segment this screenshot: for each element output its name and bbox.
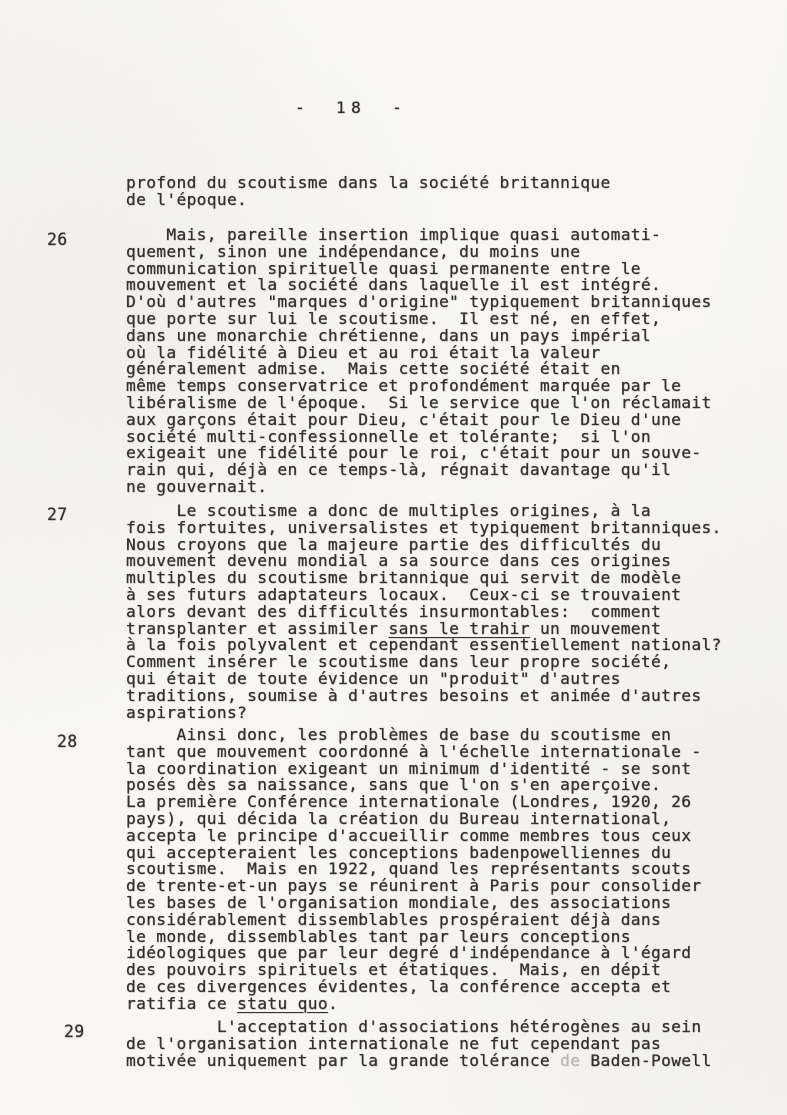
paragraph-block: Ainsi donc, les problèmes de base du sco… — [126, 727, 701, 1013]
margin-paragraph-number: 27 — [47, 507, 68, 524]
margin-paragraph-number: 26 — [47, 232, 68, 249]
text-line: ne gouvernait. — [126, 479, 712, 496]
text-line: de l'époque. — [126, 192, 611, 209]
scanned-document-page: - 18 - 26 27 28 29 profond du scoutisme … — [0, 0, 787, 1115]
margin-paragraph-number: 29 — [64, 1024, 85, 1041]
paragraph-block: Le scoutisme a donc de multiples origine… — [126, 503, 722, 721]
text-segment: ratifia ce — [126, 994, 237, 1013]
text-line: ratifia ce statu quo. — [126, 996, 701, 1013]
text-line: motivée uniquement par la grande toléran… — [126, 1053, 712, 1070]
text-line: aspirations? — [126, 705, 722, 722]
faint-text: de — [560, 1051, 580, 1070]
paragraph-block: Mais, pareille insertion implique quasi … — [126, 227, 712, 496]
paragraph-block: profond du scoutisme dans la société bri… — [126, 175, 611, 209]
text-segment: motivée uniquement par la grande toléran… — [126, 1051, 560, 1070]
margin-paragraph-number: 28 — [57, 734, 78, 751]
paragraph-block: L'acceptation d'associations hétérogènes… — [126, 1019, 712, 1069]
text-segment: . — [328, 994, 338, 1013]
page-number: - 18 - — [295, 100, 407, 117]
underlined-text: statu quo — [237, 994, 328, 1013]
text-segment: Baden-Powell — [580, 1051, 711, 1070]
